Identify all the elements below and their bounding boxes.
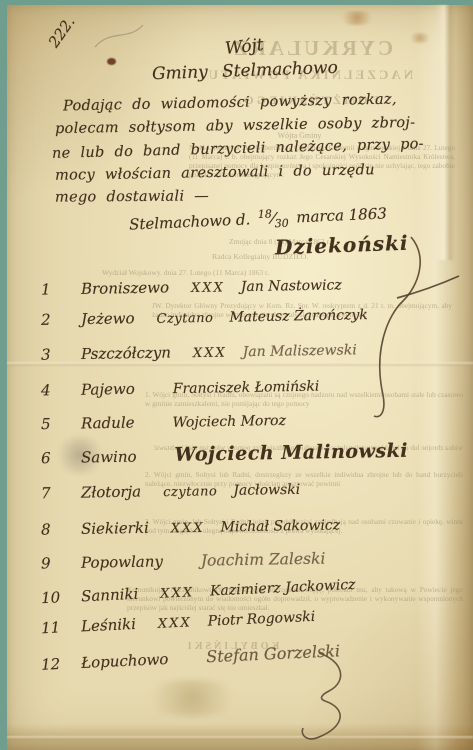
village-name: Złotorja (81, 483, 141, 502)
roster-row: 2 Jeżewo Czytano Mateusz Żarończyk (41, 305, 368, 329)
dateline: Stelmachowo d. 18⁄30 marca 1863 (129, 202, 388, 236)
village-name: Sanniki (81, 585, 139, 606)
person-name: Mateusz Żarończyk (229, 307, 368, 325)
fold-crease-vertical (435, 5, 455, 260)
row-number: 7 (41, 484, 65, 502)
fold-crease-bottom (7, 736, 473, 740)
person-name: Jan Maliszewski (243, 342, 357, 360)
body-line: Podając do wiadomości powyższy rozkaz, (63, 92, 397, 115)
roster-row: 7 Złotorja czytano Jacłowski (41, 480, 300, 503)
page-number: 222. (45, 13, 79, 51)
body-line: mocy włościan aresztowali i do urzędu (55, 162, 375, 184)
village-name: Pszczółczyn (81, 343, 171, 363)
row-number: 5 (41, 415, 65, 433)
village-name: Jeżewo (81, 309, 135, 328)
body-line: mego dostawiali — (55, 188, 209, 205)
dateline-day-new: 30 (274, 217, 289, 231)
roster-row: 6 Sawino Wojciech Malinowski (41, 440, 408, 468)
bottom-stain (137, 680, 247, 716)
signature-mark: XXX (193, 346, 227, 362)
row-number: 4 (41, 381, 65, 399)
signature-mark: XXX (191, 280, 225, 296)
village-name: Broniszewo (81, 278, 169, 298)
person-name: Franciszek Łomiński (173, 379, 320, 398)
person-name: Wojciech Moroz (172, 413, 286, 431)
village-name: Łopuchowo (81, 650, 169, 672)
signature-mark: XXX (171, 521, 205, 537)
dateline-fraction: 18⁄30 (258, 207, 289, 231)
row-number: 1 (41, 280, 65, 298)
person-name: Piotr Rogowski (207, 609, 315, 630)
signature-mark: XXX (158, 615, 192, 632)
roster-row: 3 Pszczółczyn XXX Jan Maliszewski (41, 340, 357, 364)
person-name: Michał Sakowicz (220, 517, 340, 535)
row-number: 8 (41, 520, 65, 538)
row-number: 2 (41, 310, 65, 328)
dateline-place: Stelmachowo (129, 211, 232, 233)
village-name: Pajewo (81, 380, 135, 399)
row-number: 12 (41, 655, 66, 674)
village-name: Radule (81, 414, 135, 433)
person-name: Jacłowski (233, 482, 300, 499)
person-name: Joachim Zaleski (201, 550, 326, 570)
row-number: 10 (41, 588, 66, 607)
village-name: Siekierki (81, 519, 149, 538)
person-name: Wojciech Malinowski (174, 440, 408, 466)
body-line: polecam sołtysom aby wszelkie osoby zbro… (55, 115, 416, 137)
row-number: 6 (41, 449, 65, 467)
ink-blot (107, 58, 116, 65)
row-number: 11 (41, 618, 66, 637)
person-name: Jan Nastowicz (241, 277, 342, 295)
roster-row: 1 Broniszewo XXX Jan Nastowicz (41, 275, 342, 298)
signature-mark: czytano (163, 484, 217, 500)
roster-row: 5 Radule Wojciech Moroz (41, 411, 286, 433)
dateline-prefix: d. (235, 210, 250, 229)
signature: Dziekoński (275, 231, 409, 260)
signature-mark: XXX (160, 585, 194, 602)
roster-row: 9 Popowlany Joachim Zaleski (41, 550, 326, 573)
village-name: Popowlany (81, 552, 163, 571)
row-number: 3 (41, 345, 65, 363)
dateline-month-year: marca 1863 (296, 204, 387, 226)
row-number: 9 (41, 554, 65, 572)
scanned-document: CYRKULARZ NACZELNIKA POWIATU ŁOMŻYŃSKIEG… (0, 0, 473, 750)
paper-sheet: CYRKULARZ NACZELNIKA POWIATU ŁOMŻYŃSKIEG… (7, 5, 473, 750)
signature-mark: Czytano (156, 311, 213, 327)
village-name: Sawino (81, 448, 137, 467)
village-name: Leśniki (81, 615, 137, 635)
dateline-day-old: 18 (258, 207, 273, 221)
rust-stain (337, 11, 377, 25)
heading-office: Wójt (224, 35, 265, 59)
